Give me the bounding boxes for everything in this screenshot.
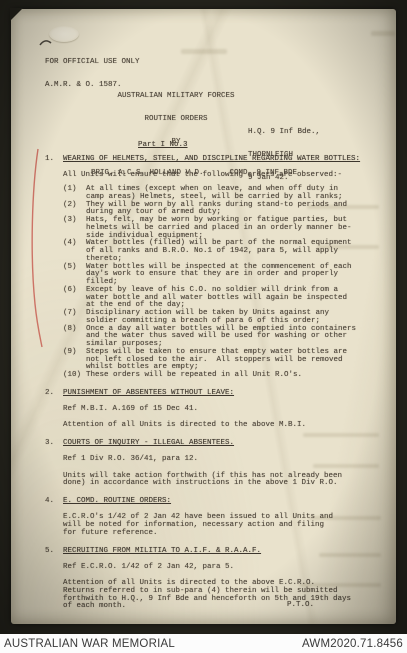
order-item: (8)Once a day all water bottles will be … — [63, 326, 379, 349]
section-title: PUNISHMENT OF ABSENTEES WITHOUT LEAVE: — [63, 390, 379, 398]
order-item: (2)They will be worn by all ranks during… — [63, 202, 379, 218]
part-heading: Part I No.3 — [138, 142, 188, 150]
item-number: (6) — [63, 287, 86, 310]
order-section: 5.RECRUITING FROM MILITIA TO A.I.F. & R.… — [45, 548, 379, 612]
section-heading: 4.E. COMD. ROUTINE ORDERS: — [45, 498, 379, 506]
section-paragraph: Ref 1 Div R.O. 36/41, para 12. — [63, 456, 379, 464]
section-paragraph: E.C.R.O's 1/42 of 2 Jan 42 have been iss… — [63, 514, 379, 537]
order-item: (7)Disciplinary action will be taken by … — [63, 310, 379, 326]
order-item-list: (1)At all times (except when on leave, a… — [63, 186, 379, 380]
item-text: Steps will be taken to ensure that empty… — [86, 349, 379, 372]
order-section: 3.COURTS OF INQUIRY - ILLEGAL ABSENTEES.… — [45, 440, 379, 488]
order-sections: 1.WEARING OF HELMETS, STEEL, AND DISCIPL… — [45, 156, 379, 611]
section-paragraph: Ref E.C.R.O. 1/42 of 2 Jan 42, para 5. — [63, 564, 379, 572]
order-item: (5)Water bottles will be inspected at th… — [63, 264, 379, 287]
order-item: (9)Steps will be taken to ensure that em… — [63, 349, 379, 372]
section-number: 4. — [45, 498, 63, 506]
section-heading: 3.COURTS OF INQUIRY - ILLEGAL ABSENTEES. — [45, 440, 379, 448]
item-text: Except by leave of his C.O. no soldier w… — [86, 287, 379, 310]
section-heading: 1.WEARING OF HELMETS, STEEL, AND DISCIPL… — [45, 156, 379, 164]
archive-photo: FOR OFFICIAL USE ONLY A.M.R. & O. 1587. … — [0, 0, 407, 653]
item-number: (9) — [63, 349, 86, 372]
section-paragraph: Ref M.B.I. A.169 of 15 Dec 41. — [63, 406, 379, 414]
item-number: (5) — [63, 264, 86, 287]
item-number: (1) — [63, 186, 86, 202]
document-page: FOR OFFICIAL USE ONLY A.M.R. & O. 1587. … — [11, 9, 396, 624]
order-item: (3)Hats, felt, may be worn by working or… — [63, 217, 379, 240]
order-section: 1.WEARING OF HELMETS, STEEL, AND DISCIPL… — [45, 156, 379, 380]
pto-note: P.T.O. — [287, 602, 314, 610]
item-text: Disciplinary action will be taken by Uni… — [86, 310, 379, 326]
section-title: RECRUITING FROM MILITIA TO A.I.F. & R.A.… — [63, 548, 379, 556]
hq-address-line: H.Q. 9 Inf Bde., — [248, 129, 320, 137]
section-heading: 2.PUNISHMENT OF ABSENTEES WITHOUT LEAVE: — [45, 390, 379, 398]
item-number: (8) — [63, 326, 86, 349]
item-number: (2) — [63, 202, 86, 218]
section-title: WEARING OF HELMETS, STEEL, AND DISCIPLIN… — [63, 156, 379, 164]
item-number: (3) — [63, 217, 86, 240]
paper-corner-cut — [10, 8, 23, 21]
item-text: They will be worn by all ranks during st… — [86, 202, 379, 218]
item-text: Hats, felt, may be worn by working or fa… — [86, 217, 379, 240]
section-paragraph: Attention of all Units is directed to th… — [63, 580, 379, 611]
section-number: 5. — [45, 548, 63, 556]
section-number: 2. — [45, 390, 63, 398]
order-item: (10)These orders will be repeated in all… — [63, 372, 379, 380]
item-number: (7) — [63, 310, 86, 326]
bleed-through-mark — [371, 31, 395, 36]
section-heading: 5.RECRUITING FROM MILITIA TO A.I.F. & R.… — [45, 548, 379, 556]
section-number: 1. — [45, 156, 63, 164]
archive-label: AUSTRALIAN WAR MEMORIAL — [4, 638, 175, 650]
section-number: 3. — [45, 440, 63, 448]
section-paragraph: Units will take action forthwith (if thi… — [63, 473, 379, 489]
item-text: Water bottles will be inspected at the c… — [86, 264, 379, 287]
item-number: (10) — [63, 372, 86, 380]
order-section: 4.E. COMD. ROUTINE ORDERS:E.C.R.O's 1/42… — [45, 498, 379, 538]
section-paragraph: All Units will ensure that the following… — [63, 172, 379, 180]
archive-id: AWM2020.71.8456 — [302, 638, 403, 650]
archive-footer-bar: AUSTRALIAN WAR MEMORIAL AWM2020.71.8456 — [0, 634, 407, 653]
organisation-title: AUSTRALIAN MILITARY FORCES — [41, 93, 311, 101]
classification-text: FOR OFFICIAL USE ONLY — [45, 59, 140, 67]
section-title: COURTS OF INQUIRY - ILLEGAL ABSENTEES. — [63, 440, 379, 448]
order-section: 2.PUNISHMENT OF ABSENTEES WITHOUT LEAVE:… — [45, 390, 379, 430]
paper-tear-mark — [49, 26, 79, 42]
section-paragraph: Attention of all Units is directed to th… — [63, 422, 379, 430]
bleed-through-mark — [181, 49, 227, 54]
item-text: Water bottles (filled) will be part of t… — [86, 240, 379, 263]
order-item: (1)At all times (except when on leave, a… — [63, 186, 379, 202]
item-text: Once a day all water bottles will be emp… — [86, 326, 379, 349]
order-item: (4)Water bottles (filled) will be part o… — [63, 240, 379, 263]
item-text: At all times (except when on leave, and … — [86, 186, 379, 202]
section-title: E. COMD. ROUTINE ORDERS: — [63, 498, 379, 506]
item-number: (4) — [63, 240, 86, 263]
order-item: (6)Except by leave of his C.O. no soldie… — [63, 287, 379, 310]
item-text: These orders will be repeated in all Uni… — [86, 372, 379, 380]
